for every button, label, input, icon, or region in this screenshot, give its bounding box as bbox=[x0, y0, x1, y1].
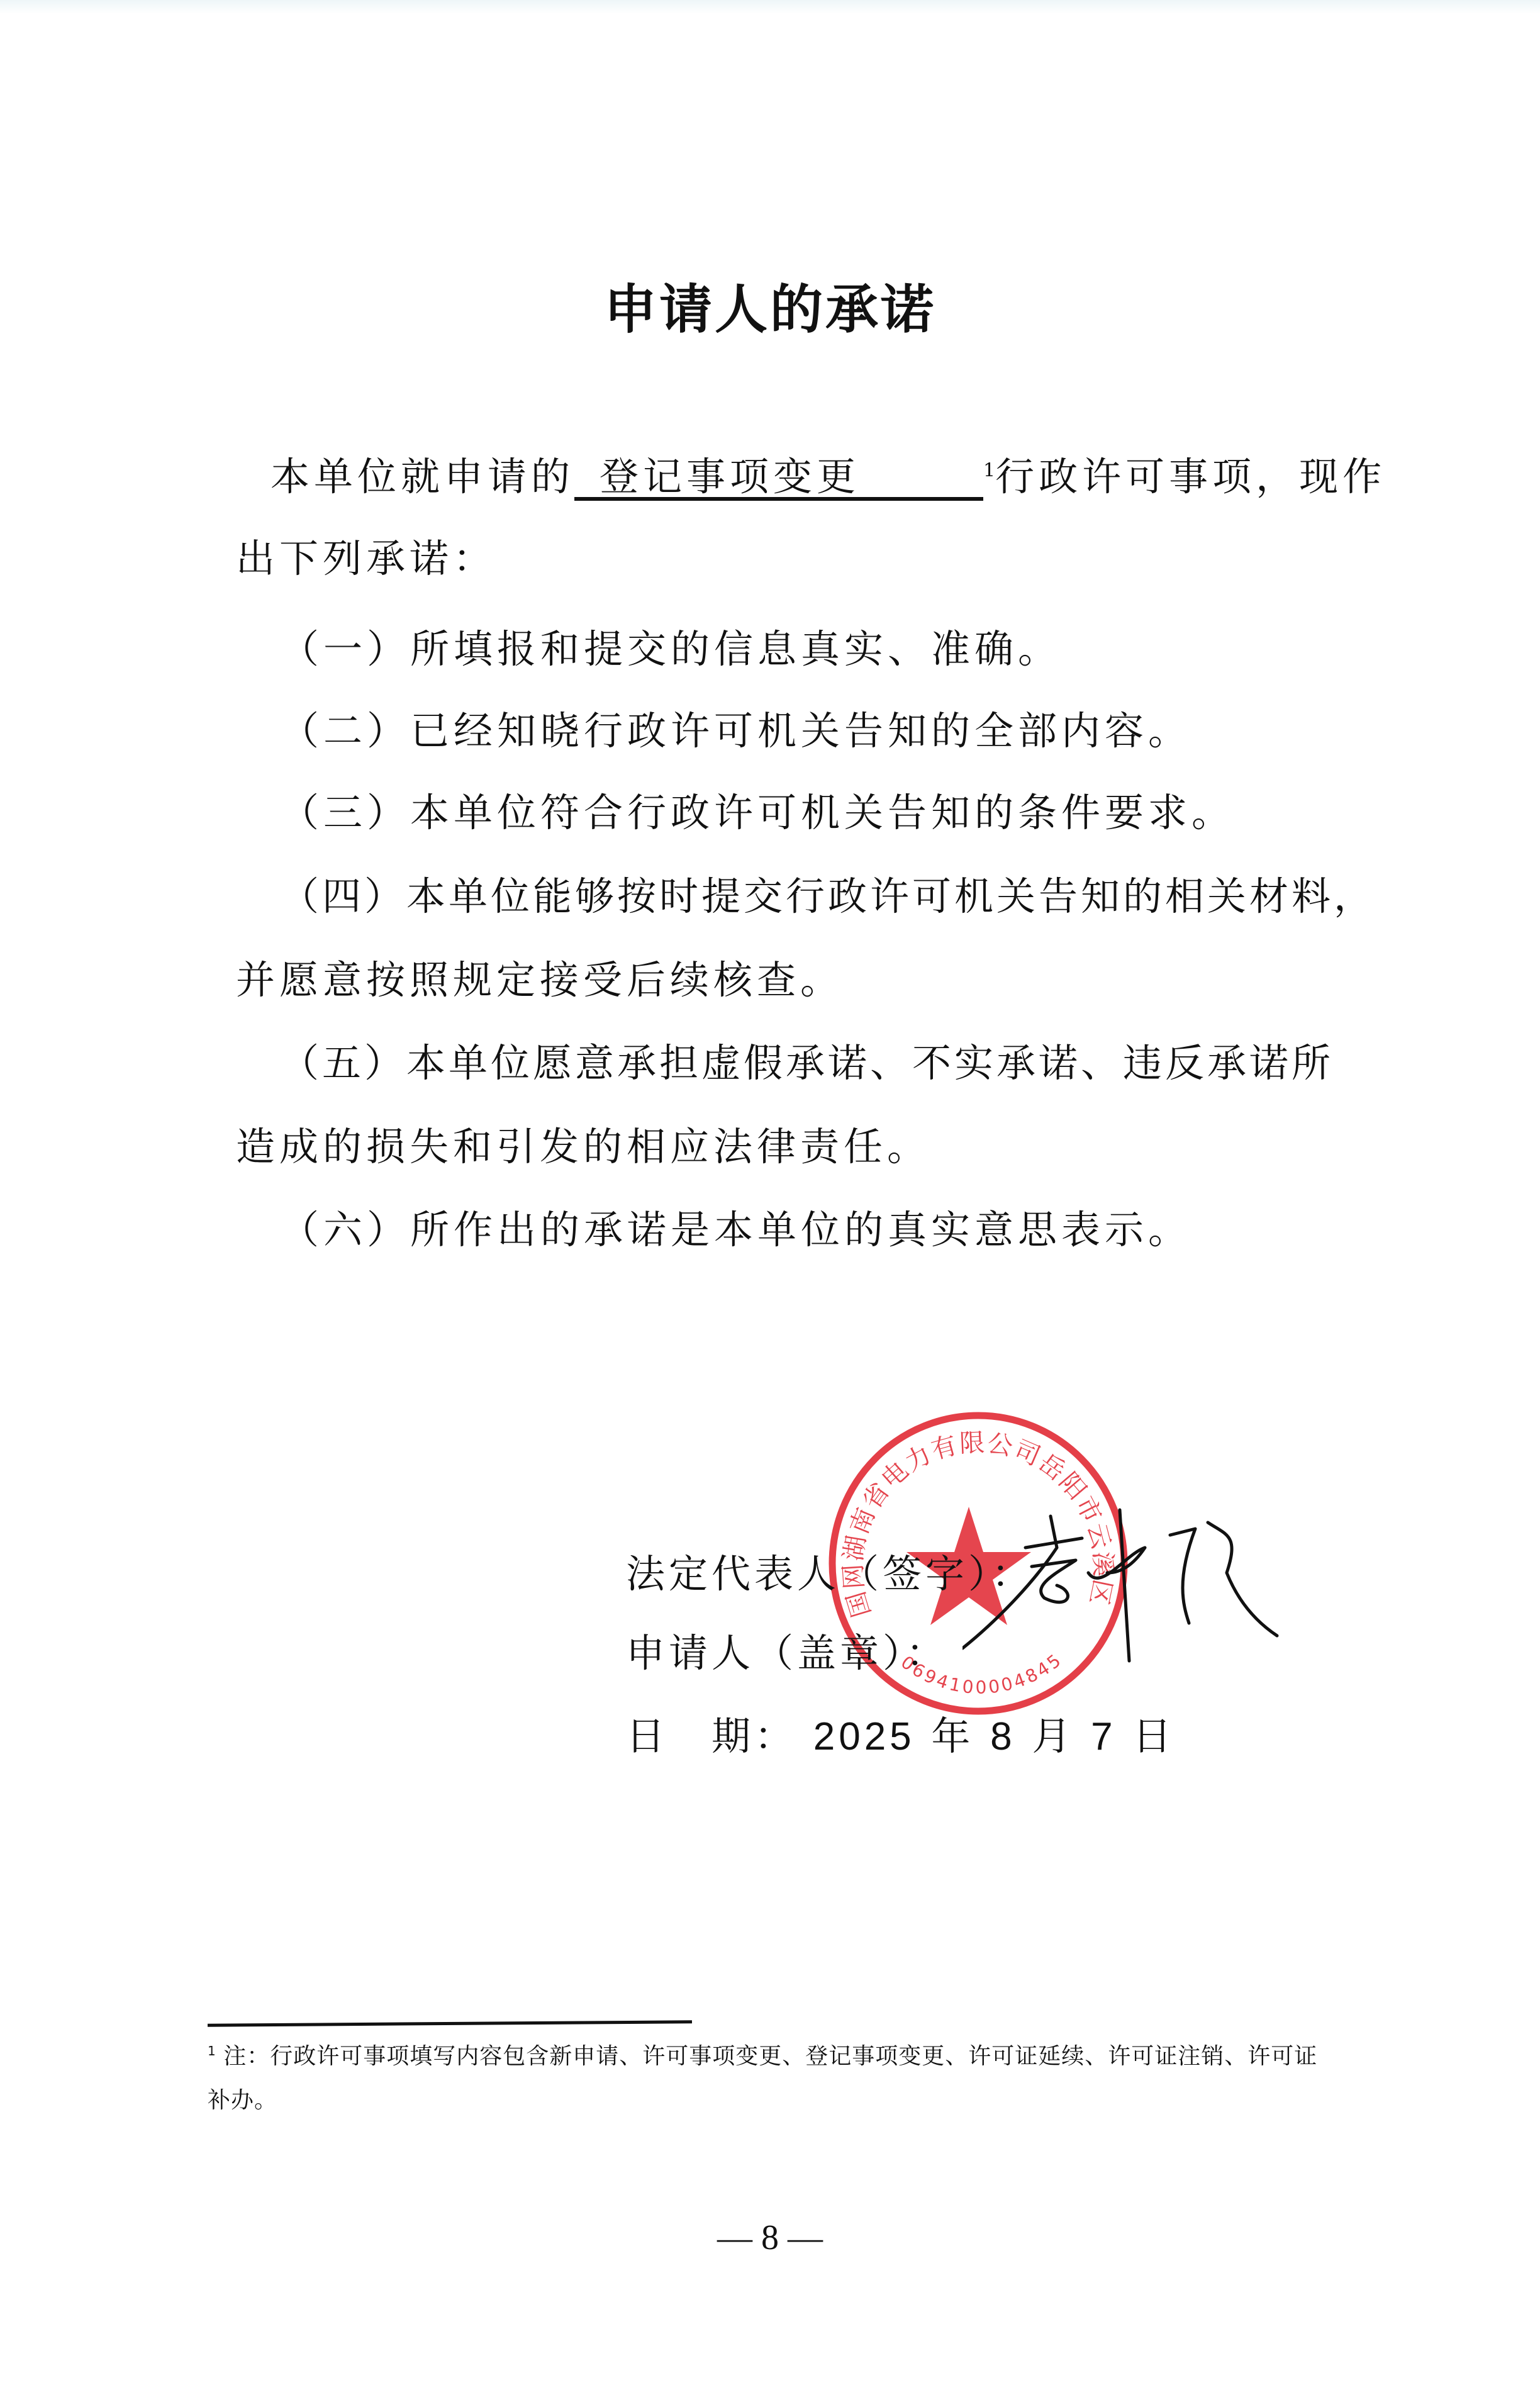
footnote-marker: 1 bbox=[208, 2043, 216, 2058]
commitment-text: 本单位能够按时提交行政许可机关告知的相关材料， bbox=[406, 873, 1376, 919]
page-title: 申请人的承诺 bbox=[0, 267, 1540, 344]
commitment-label: （二） bbox=[280, 708, 410, 754]
commitment-label: （一） bbox=[280, 626, 410, 672]
commitment-4-continuation: 并愿意按照规定接受后续核查。 bbox=[236, 949, 844, 1005]
footnote-divider bbox=[208, 2020, 692, 2026]
commitment-label: （四） bbox=[280, 873, 406, 919]
commitment-label: （三） bbox=[280, 790, 410, 835]
date-year: 2025 bbox=[813, 1715, 915, 1758]
commitment-5: （五）本单位愿意承担虚假承诺、不实承诺、违反承诺所 bbox=[280, 1032, 1334, 1088]
commitment-label: （五） bbox=[280, 1040, 406, 1086]
date-day: 7 bbox=[1091, 1715, 1116, 1758]
applicant-seal-row: 申请人（盖章）： bbox=[626, 1622, 949, 1678]
footnote-ref: 1 bbox=[983, 459, 995, 481]
commitment-text: 本单位愿意承担虚假承诺、不实承诺、违反承诺所 bbox=[406, 1040, 1334, 1086]
commitment-5-continuation: 造成的损失和引发的相应法律责任。 bbox=[236, 1115, 930, 1171]
footnote-text: 注：行政许可事项填写内容包含新申请、许可事项变更、登记事项变更、许可证延续、许可… bbox=[223, 2043, 1317, 2069]
page-number: — 8 — bbox=[0, 2218, 1540, 2258]
commitment-text: 本单位符合行政许可机关告知的条件要求。 bbox=[410, 790, 1235, 835]
intro-line-1: 本单位就申请的登记事项变更1行政许可事项，现作 bbox=[271, 445, 1386, 501]
intro-suffix: 行政许可事项，现作 bbox=[995, 454, 1386, 500]
commitment-1: （一）所填报和提交的信息真实、准确。 bbox=[280, 618, 1061, 674]
date-row: 日 期： 2025 年 8 月 7 日 bbox=[626, 1705, 1175, 1761]
date-label: 日 期： bbox=[626, 1713, 797, 1759]
commitment-2: （二）已经知晓行政许可机关告知的全部内容。 bbox=[280, 700, 1191, 756]
filled-item-field: 登记事项变更 bbox=[574, 456, 983, 501]
commitment-6: （六）所作出的承诺是本单位的真实意思表示。 bbox=[280, 1198, 1191, 1254]
commitment-text: 所作出的承诺是本单位的真实意思表示。 bbox=[410, 1207, 1191, 1253]
date-month: 8 bbox=[990, 1715, 1015, 1758]
commitment-text: 已经知晓行政许可机关告知的全部内容。 bbox=[410, 708, 1191, 754]
commitment-3: （三）本单位符合行政许可机关告知的条件要求。 bbox=[280, 781, 1235, 837]
applicant-label: 申请人（盖章）： bbox=[626, 1630, 949, 1676]
day-unit: 日 bbox=[1132, 1713, 1175, 1759]
footnote-line-1: 1 注：行政许可事项填写内容包含新申请、许可事项变更、登记事项变更、许可证延续、… bbox=[208, 2038, 1317, 2070]
footnote-line-2: 补办。 bbox=[208, 2082, 277, 2114]
month-unit: 月 bbox=[1032, 1713, 1074, 1759]
intro-line-2: 出下列承诺： bbox=[236, 527, 496, 583]
intro-prefix: 本单位就申请的 bbox=[271, 454, 574, 500]
scan-edge bbox=[0, 0, 1540, 14]
commitment-text: 所填报和提交的信息真实、准确。 bbox=[410, 626, 1061, 672]
commitment-label: （六） bbox=[280, 1207, 410, 1253]
year-unit: 年 bbox=[931, 1713, 974, 1759]
handwritten-signature-icon bbox=[962, 1497, 1290, 1686]
commitment-4: （四）本单位能够按时提交行政许可机关告知的相关材料， bbox=[280, 865, 1376, 921]
